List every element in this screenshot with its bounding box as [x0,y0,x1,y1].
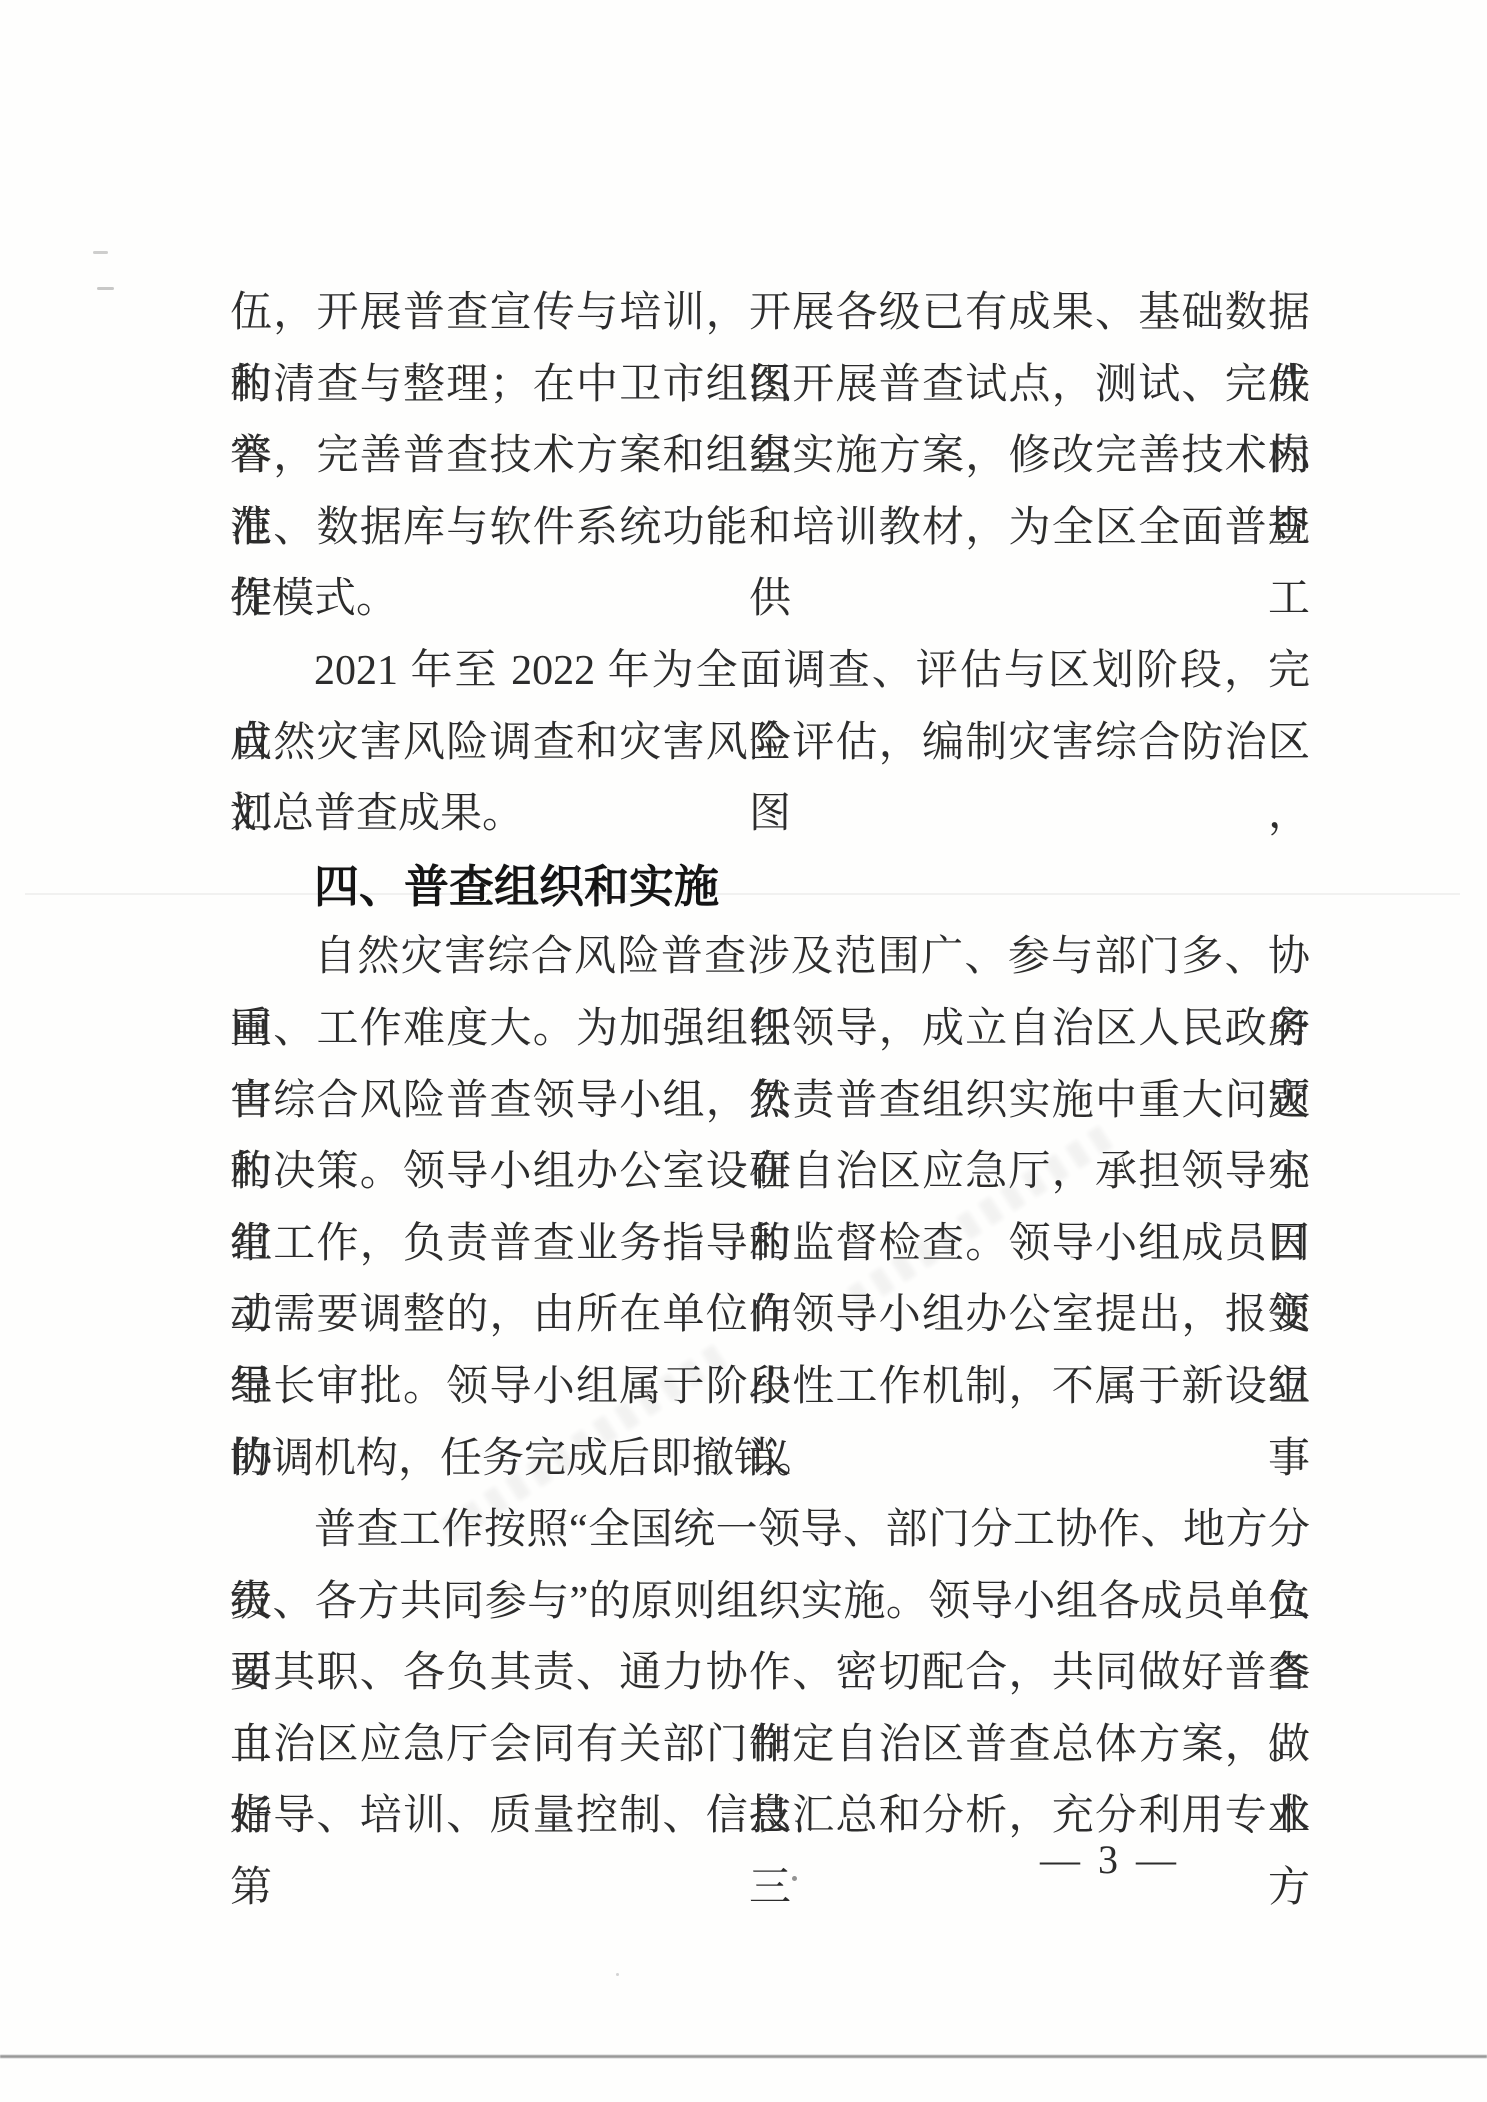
text-line: 动需要调整的，由所在单位向领导小组办公室提出，报领导小组 [230,1280,1310,1352]
text-line: 的清查与整理；在中卫市组织开展普查试点，测试、完成普查内 [230,350,1310,422]
scan-artifact-bottom-line [0,2055,1487,2058]
section-heading: 四、普查组织和实施 [230,851,1310,923]
text-line: 责、各方共同参与”的原则组织实施。领导小组各成员单位要各 [230,1567,1310,1639]
text-line: 组长审批。领导小组属于阶段性工作机制，不属于新设立的议事 [230,1352,1310,1424]
scan-speck [93,251,108,254]
text-line: 和决策。领导小组办公室设在自治区应急厅，承担领导小组的日 [230,1137,1310,1209]
text-line: 2021 年至 2022 年为全面调查、评估与区划阶段，完成全区 [230,636,1310,708]
text-line: 范、数据库与软件系统功能和培训教材，为全区全面普查提供工 [230,493,1310,565]
scanned-document-page: 伍，开展普查宣传与培训，开展各级已有成果、基础数据和图件的清查与整理；在中卫市组… [0,0,1487,2102]
text-line: 害综合风险普查领导小组，负责普查组织实施中重大问题的研究 [230,1066,1310,1138]
text-line: 伍，开展普查宣传与培训，开展各级已有成果、基础数据和图件 [230,278,1310,350]
page-number: — 3 — [1040,1836,1260,1883]
text-line: 自然灾害综合风险普查涉及范围广、参与部门多、协同任务 [230,922,1310,994]
document-body: 伍，开展普查宣传与培训，开展各级已有成果、基础数据和图件的清查与整理；在中卫市组… [230,278,1310,1853]
text-line: 普查工作按照“全国统一领导、部门分工协作、地方分级负 [230,1495,1310,1567]
text-line: 自治区应急厅会同有关部门制定自治区普查总体方案，做好技术 [230,1710,1310,1782]
text-line: 司其职、各负其责、通力协作、密切配合，共同做好普查工作。 [230,1638,1310,1710]
scan-speck [97,287,114,290]
text-line: 常工作，负责普查业务指导和监督检查。领导小组成员因工作变 [230,1209,1310,1281]
text-line: 容，完善普查技术方案和组织实施方案，修改完善技术标准规 [230,421,1310,493]
text-line: 自然灾害风险调查和灾害风险评估，编制灾害综合防治区划图， [230,708,1310,780]
scan-speck [616,1973,619,1976]
text-line: 重、工作难度大。为加强组织领导，成立自治区人民政府自然灾 [230,994,1310,1066]
